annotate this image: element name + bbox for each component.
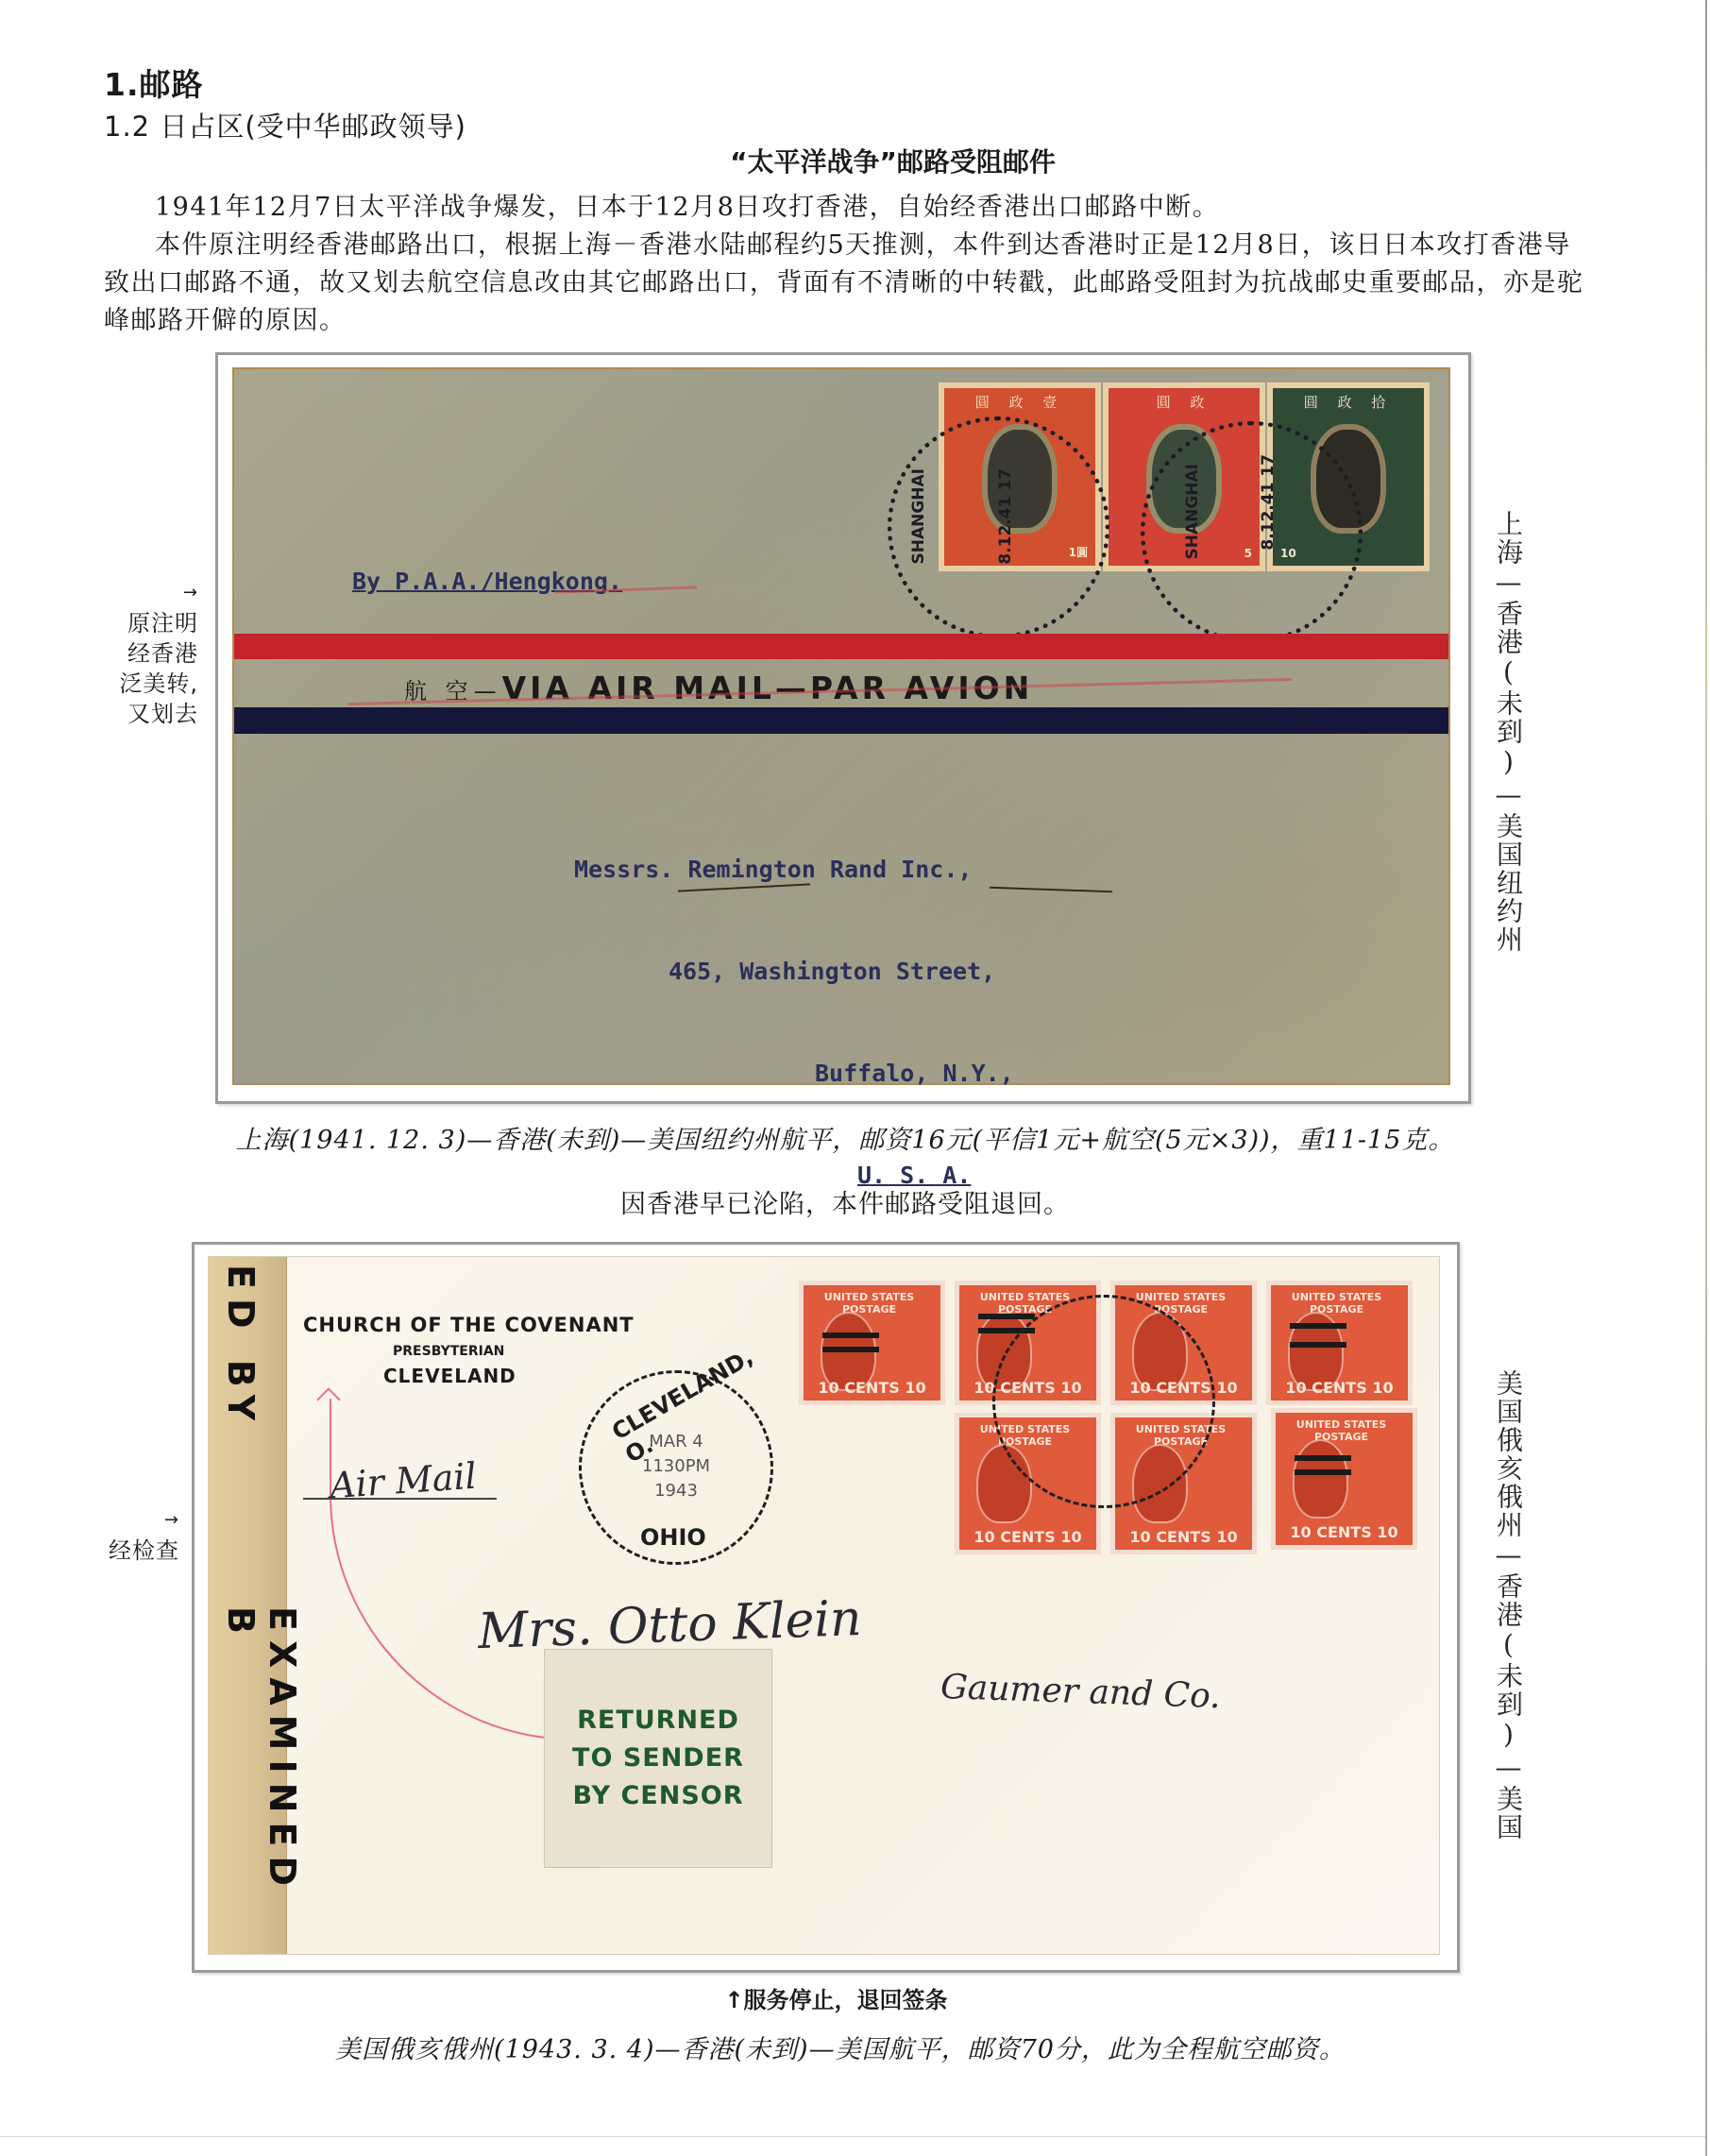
cleveland-postmark: CLEVELAND, O. MAR 4 1130PM 1943 OHIO	[579, 1370, 773, 1565]
label-line: TO SENDER	[572, 1740, 744, 1777]
cover1-route-label: 上海—香港(未到)—美国纽约州	[1489, 510, 1527, 963]
label-line: RETURNED	[577, 1702, 739, 1740]
address-line: Messrs. Remington Rand Inc.,	[574, 853, 1014, 887]
us-10c-stamp: UNITED STATES POSTAGE10 CENTS 10	[1271, 1408, 1417, 1550]
note-text: 经检查	[93, 1536, 179, 1566]
underline	[303, 1498, 497, 1500]
cancellation-ring	[992, 1295, 1215, 1508]
right-arrow-icon: →	[93, 1505, 179, 1536]
sender-name: CHURCH OF THE COVENANT	[303, 1314, 635, 1336]
subsection-heading: 1.2 日占区(受中华邮政领导)	[104, 106, 466, 144]
intro-paragraph-1: 1941年12月7日太平洋战争爆发，日本于12月8日攻打香港，自始经香港出口邮路…	[104, 189, 1596, 227]
note-line: 泛美转,	[111, 669, 198, 699]
shanghai-postmark-1: SHANGHAI 8.12.41 17	[888, 416, 1109, 638]
address-line: 465, Washington Street,	[574, 955, 1014, 989]
airmail-red-stripe	[234, 634, 1448, 659]
us-10c-stamp: UNITED STATES POSTAGE10 CENTS 10	[799, 1281, 945, 1405]
airmail-navy-stripe	[234, 707, 1448, 734]
intro-text: 1941年12月7日太平洋战争爆发，日本于12月8日攻打香港，自始经香港出口邮路…	[104, 189, 1596, 340]
cover2-route-label: 美国俄亥俄州—香港(未到)—美国	[1489, 1369, 1527, 1860]
sender-denomination: PRESBYTERIAN	[393, 1344, 504, 1359]
returned-to-sender-label: RETURNED TO SENDER BY CENSOR	[544, 1649, 772, 1868]
address-line: Buffalo, N.Y.,	[574, 1057, 1014, 1091]
note-line: 经香港	[111, 638, 198, 669]
cover2-envelope: ED BY EXAMINED B CHURCH OF THE COVENANT …	[208, 1256, 1440, 1955]
cover2-caption: 美国俄亥俄州(1943. 3. 4)—香港(未到)—美国航平，邮资70分，此为全…	[142, 2029, 1539, 2065]
censor-tape-text-bottom: EXAMINED B	[220, 1606, 303, 1954]
right-arrow-icon: →	[111, 578, 198, 608]
red-pencil-arrow-icon	[330, 1399, 577, 1740]
shanghai-postmark-2: SHANGHAI 8.12.41 17	[1141, 421, 1363, 643]
note-line: 又划去	[111, 699, 198, 729]
page-edge-line	[1705, 0, 1707, 2156]
section-heading: 1.邮路	[104, 60, 204, 105]
sender-city: CLEVELAND	[383, 1365, 516, 1387]
intro-paragraph-2: 本件原注明经香港邮路出口，根据上海－香港水陆邮程约5天推测，本件到达香港时正是1…	[104, 227, 1596, 340]
note-line: 原注明	[111, 608, 198, 638]
label-line: BY CENSOR	[572, 1777, 743, 1815]
page-bottom-line	[0, 2136, 1705, 2137]
handwritten-recipient-line2: Gaumer and Co.	[940, 1668, 1221, 1716]
cover2-left-note: → 经检查	[93, 1505, 179, 1566]
page-title: “太平洋战争”邮路受阻邮件	[0, 142, 1710, 179]
label-annotation: ↑服务停止，退回签条	[0, 1981, 1710, 2014]
cover1-envelope: 圓 政 壹1圓 圓 政5 圓 政 拾10 SHANGHAI 8.12.41 17…	[232, 367, 1450, 1085]
cover1-note: 因香港早已沦陷，本件邮路受阻退回。	[142, 1183, 1549, 1220]
cover1-left-note: → 原注明 经香港 泛美转, 又划去	[111, 578, 198, 729]
censor-tape-text-top: ED BY	[220, 1265, 262, 1430]
cover1-caption: 上海(1941. 12. 3)—香港(未到)—美国纽约州航平，邮资16元(平信1…	[142, 1119, 1549, 1156]
